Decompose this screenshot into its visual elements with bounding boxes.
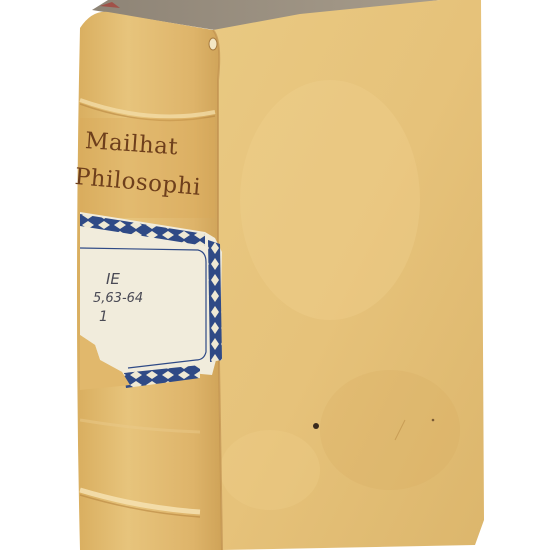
label-line-3: 1 [99,309,108,325]
ink-dot [313,423,319,429]
book-photo: Mailhat Philosophi IE 5,63-64 1 [0,0,550,550]
label-line-1: IE [106,270,120,288]
label-line-2: 5,63-64 [93,291,143,306]
book-illustration [0,0,550,550]
